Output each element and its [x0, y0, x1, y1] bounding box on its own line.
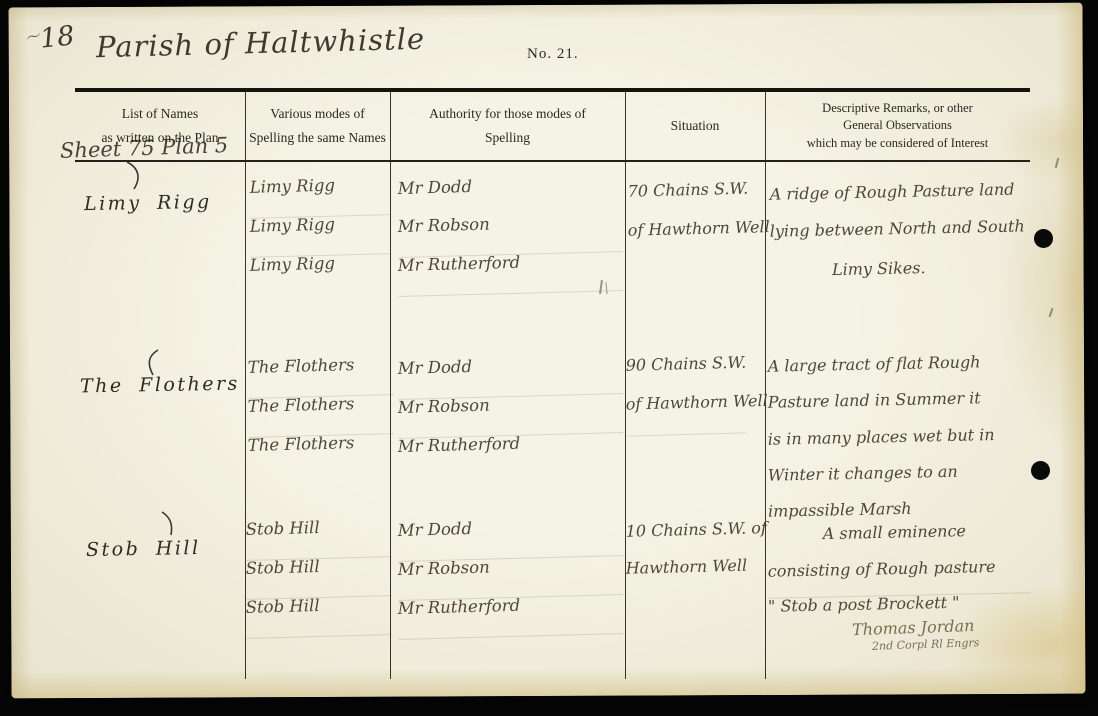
- authorities-cell: Mr Dodd Mr Robson Mr Rutherford: [398, 178, 623, 294]
- authority-entry: Mr Dodd: [398, 517, 624, 562]
- column-divider: [765, 92, 766, 679]
- spelling-entry: Stob Hill: [246, 518, 392, 561]
- remark-line: " Stob a post Brockett ": [768, 593, 1030, 614]
- remarks-cell: A ridge of Rough Pasture land lying betw…: [770, 184, 1030, 276]
- remark-line: consisting of Rough pasture: [768, 558, 1031, 598]
- check-mark: [124, 160, 146, 192]
- situation-cell: 70 Chains S.W. of Hawthorn Well: [628, 182, 763, 260]
- situation-line: 70 Chains S.W.: [628, 180, 764, 223]
- remark-line: impassible Marsh: [768, 498, 1030, 519]
- remark-line: Limy Sikes.: [832, 258, 1030, 278]
- spellings-cell: Stob Hill Stob Hill Stob Hill: [246, 520, 391, 637]
- remark-line: Winter it changes to an: [768, 462, 1031, 503]
- header-text: Authority for those modes of: [429, 102, 586, 127]
- header-text: Situation: [671, 114, 720, 139]
- header-text: General Observations: [843, 117, 952, 135]
- header-text: List of Names: [122, 102, 199, 127]
- authority-entry: Mr Robson: [398, 394, 624, 439]
- signature-name: Thomas Jordan: [852, 616, 980, 639]
- header-text: Spelling the same Names: [249, 126, 386, 151]
- ink-blot: [1031, 461, 1050, 480]
- spelling-entry: Limy Rigg: [250, 176, 391, 219]
- spelling-entry: Limy Rigg: [250, 254, 391, 296]
- authorities-cell: Mr Dodd Mr Robson Mr Rutherford: [398, 520, 623, 637]
- header-descriptive-remarks: Descriptive Remarks, or other General Ob…: [765, 92, 1030, 160]
- authority-entry: Mr Rutherford: [398, 595, 624, 640]
- examiner-signature: Thomas Jordan 2nd Corpl Rl Engrs: [852, 618, 979, 651]
- situation-line: of Hawthorn Well: [625, 393, 746, 436]
- place-name: The Flothers: [80, 373, 240, 398]
- spellings-cell: Limy Rigg Limy Rigg Limy Rigg: [250, 178, 390, 294]
- spellings-cell: The Flothers The Flothers The Flothers: [248, 358, 393, 474]
- authority-entry: Mr Robson: [398, 556, 624, 601]
- authorities-cell: Mr Dodd Mr Robson Mr Rutherford: [398, 358, 623, 474]
- header-text: as written on the Plan: [102, 126, 219, 151]
- form-number: No. 21.: [527, 46, 579, 63]
- authority-entry: Mr Robson: [398, 213, 624, 258]
- header-text: Spelling: [485, 126, 530, 151]
- situation-line: Hawthorn Well: [626, 557, 765, 600]
- header-text: which may be considered of Interest: [807, 135, 989, 153]
- table-header-row: List of Names as written on the Plan Var…: [75, 92, 1030, 162]
- situation-cell: 10 Chains S.W. of Hawthorn Well: [626, 522, 764, 598]
- spelling-entry: The Flothers: [248, 434, 394, 476]
- header-various-modes: Various modes of Spelling the same Names: [245, 92, 390, 160]
- ink-blot: [1034, 229, 1053, 248]
- spelling-entry: The Flothers: [248, 356, 394, 399]
- spelling-entry: Stob Hill: [246, 557, 392, 600]
- remarks-cell: A large tract of flat Rough Pasture land…: [768, 356, 1030, 517]
- signature-title: 2nd Corpl Rl Engrs: [872, 636, 980, 653]
- remark-line: A large tract of flat Rough: [768, 353, 1031, 394]
- remark-line: is in many places wet but in: [768, 426, 1031, 467]
- spelling-entry: The Flothers: [248, 395, 394, 438]
- remark-line: A small eminence: [823, 522, 1031, 563]
- situation-line: 90 Chains S.W.: [626, 354, 765, 397]
- header-authority: Authority for those modes of Spelling: [390, 92, 625, 160]
- situation-cell: 90 Chains S.W. of Hawthorn Well: [626, 356, 764, 435]
- authority-entry: Mr Dodd: [398, 175, 624, 219]
- remarks-cell: A small eminence consisting of Rough pas…: [768, 524, 1030, 612]
- authority-entry: Mr Rutherford: [398, 252, 624, 297]
- spelling-entry: Stob Hill: [246, 596, 392, 639]
- spelling-entry: Limy Rigg: [250, 215, 391, 258]
- header-text: Various modes of: [270, 102, 365, 127]
- place-name: Limy Rigg: [84, 191, 212, 215]
- remark-line: lying between North and South: [770, 218, 1031, 262]
- authority-entry: Mr Rutherford: [398, 433, 624, 477]
- place-name: Stob Hill: [86, 537, 201, 561]
- header-text: Descriptive Remarks, or other: [822, 100, 973, 118]
- header-situation: Situation: [625, 92, 765, 160]
- page-number: 18: [38, 20, 75, 54]
- check-mark: [158, 510, 180, 538]
- header-list-of-names: List of Names as written on the Plan: [75, 92, 245, 160]
- scanned-name-book-page: 〜 18 Parish of Haltwhistle No. 21. Sheet…: [0, 0, 1098, 716]
- situation-line: of Hawthorn Well: [628, 219, 764, 262]
- authority-entry: Mr Dodd: [398, 355, 624, 400]
